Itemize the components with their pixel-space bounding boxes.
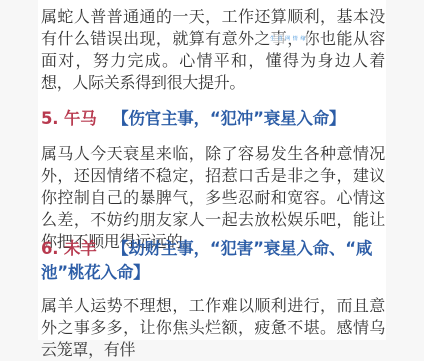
horse-tag: 【伤官主事，“犯冲”衰星入命】 (112, 109, 345, 128)
watermark: 生 肖 网 情 缘 (268, 34, 308, 43)
snake-paragraph: 属蛇人普普通通的一天，工作还算顺利，基本没有什么错误出现，就算有意外之事，你也能… (41, 6, 385, 94)
goat-number: 6. (41, 239, 58, 258)
horse-name: 午马 (64, 109, 97, 128)
horse-number: 5. (41, 109, 58, 128)
goat-heading: 6. 未羊 【劫财主事，“犯害”衰星入命、“咸池”桃花入命】 (41, 237, 391, 285)
horse-heading: 5. 午马 【伤官主事，“犯冲”衰星入命】 (41, 107, 391, 131)
goat-paragraph: 属羊人运势不理想，工作难以顺利进行，而且意外之事多多，让你焦头烂额，疲惫不堪。感… (41, 295, 385, 340)
goat-name: 未羊 (64, 239, 97, 258)
